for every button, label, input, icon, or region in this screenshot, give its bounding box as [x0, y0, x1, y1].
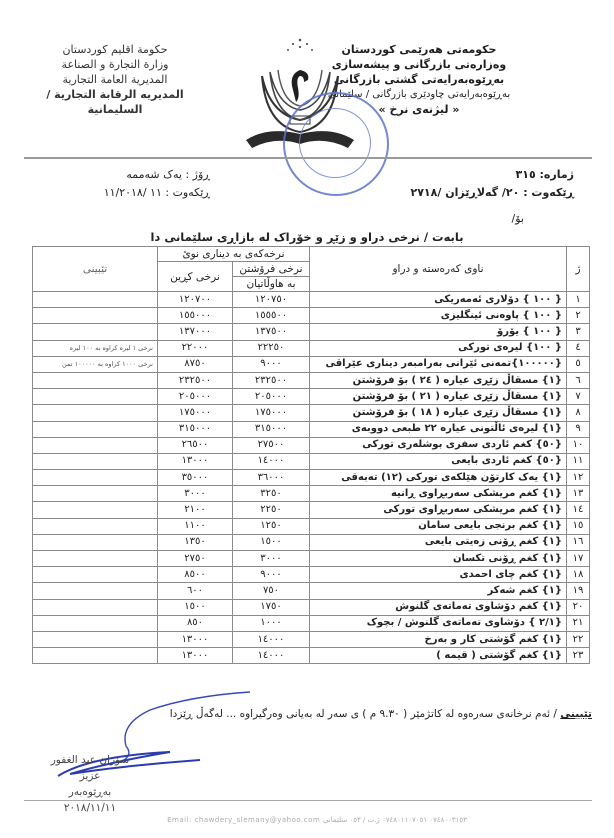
row-note — [33, 534, 158, 550]
footer-contact: Email: chawdery_slemany@yahoo.com ٠٧٤٨٠٠… — [60, 816, 574, 824]
buy-price: ١٧٥٠٠٠ — [158, 405, 233, 421]
reference-number-block: ژمارە: ٣١٥ ڕێکەوت : ٢٠/ گەلاڕێزان /٢٧١٨ — [410, 166, 574, 202]
reference-date-gregorian: ڕێکەوت : ١١ /١١/٢٠١٨ — [60, 184, 210, 202]
buy-price: ١٣٠٠٠ — [158, 648, 233, 664]
row-number: ٩ — [567, 421, 590, 437]
footer-divider — [24, 800, 592, 801]
row-note — [33, 567, 158, 583]
sell-price: ٢٧٥٠٠ — [233, 437, 310, 453]
reference-date-kurdish: ڕێکەوت : ٢٠/ گەلاڕێزان /٢٧١٨ — [410, 184, 574, 202]
row-note — [33, 551, 158, 567]
buy-price: ١٣٥٠ — [158, 534, 233, 550]
footnote-label: تێبینی — [560, 708, 592, 720]
row-number: ٥ — [567, 356, 590, 372]
buy-price: ٢١٠٠ — [158, 502, 233, 518]
buy-price: ٣٥٠٠٠ — [158, 470, 233, 486]
item-name: { ١٠٠ } یۆرۆ — [310, 324, 567, 340]
row-number: ٢ — [567, 308, 590, 324]
table-row: ٦{١} مسقاڵ زێڕی عیارە ( ٢٤ ) بۆ فرۆشتن٢٣… — [33, 372, 590, 388]
sell-price: ٣٢٥٠ — [233, 486, 310, 502]
col-header-sell-sub: بە هاوڵاتیان — [233, 277, 310, 292]
item-name: {٢/١ } دۆشاوی تەماتەی گلنوش / بچوک — [310, 615, 567, 631]
table-row: ١٨{١} کغم چای احمدی٩٠٠٠٨٥٠٠ — [33, 567, 590, 583]
sell-price: ١٧٥٠٠٠ — [233, 405, 310, 421]
item-name: {١٠٠٠٠٠}تمەنی ئێرانی بەرامبەر دیناری عێر… — [310, 356, 567, 372]
buy-price: ٨٥٠ — [158, 615, 233, 631]
col-header-item-name: ناوی کەرەستە و دراو — [310, 247, 567, 292]
row-number: ١٦ — [567, 534, 590, 550]
buy-price: ٦٠٠ — [158, 583, 233, 599]
row-number: ١٠ — [567, 437, 590, 453]
buy-price: ١٣٠٠٠ — [158, 453, 233, 469]
item-name: {١} مسقاڵ زێڕی عیارە ( ٢٤ ) بۆ فرۆشتن — [310, 372, 567, 388]
item-name: { ١٠٠} لیرەی تورکی — [310, 340, 567, 356]
item-name: {١} کغم گۆشتی ( قیمە ) — [310, 648, 567, 664]
table-row: ١٦{١} کغم ڕۆنی زەیتی بایعی١٥٠٠١٣٥٠ — [33, 534, 590, 550]
buy-price: ١٢٠٧٠٠ — [158, 292, 233, 308]
row-number: ٨ — [567, 405, 590, 421]
item-name: {١} کغم ڕۆنی تکسان — [310, 551, 567, 567]
buy-price: ٢٢٠٠٠ — [158, 340, 233, 356]
row-number: ٢٠ — [567, 599, 590, 615]
buy-price: ٢٧٥٠ — [158, 551, 233, 567]
buy-price: ١٣٧٠٠٠ — [158, 324, 233, 340]
row-number: ١٣ — [567, 486, 590, 502]
row-note — [33, 502, 158, 518]
row-number: ١ — [567, 292, 590, 308]
item-name: {١} کغم دۆشاوی تەماتەی گلنوش — [310, 599, 567, 615]
reference-number: ژمارە: ٣١٥ — [410, 166, 574, 184]
sell-price: ١٤٠٠٠ — [233, 453, 310, 469]
row-number: ٤ — [567, 340, 590, 356]
buy-price: ١٥٥٠٠٠ — [158, 308, 233, 324]
row-note — [33, 372, 158, 388]
table-row: ١{ ١٠٠ } دۆلاری ئەمەریکی١٢٠٧٥٠١٢٠٧٠٠ — [33, 292, 590, 308]
sell-price: ٢٣٢٥٠٠ — [233, 372, 310, 388]
buy-price: ٢٣٢٥٠٠ — [158, 372, 233, 388]
row-note — [33, 308, 158, 324]
item-name: {١} مسقاڵ زێڕی عیارە ( ٢١ ) بۆ فرۆشتن — [310, 389, 567, 405]
buy-price: ١١٠٠ — [158, 518, 233, 534]
sell-price: ١٥٠٠ — [233, 534, 310, 550]
header-arabic-line-1: حكومة اقليم كوردستان — [20, 42, 210, 57]
price-table: ژ ناوی کەرەستە و دراو نرخەکەی بە دیناری … — [32, 246, 590, 664]
buy-price: ٣٠٠٠ — [158, 486, 233, 502]
sell-price: ٧٥٠ — [233, 583, 310, 599]
item-name: {١} کغم شەکر — [310, 583, 567, 599]
buy-price: ٨٥٠٠ — [158, 567, 233, 583]
table-row: ١٧{١} کغم ڕۆنی تکسان٣٠٠٠٢٧٥٠ — [33, 551, 590, 567]
col-header-sell: نرخی فرۆشتن — [233, 262, 310, 277]
item-name: {١} مسقاڵ زێڕی عیارە ( ١٨ ) بۆ فرۆشتن — [310, 405, 567, 421]
sell-price: ٢٢٥٠ — [233, 502, 310, 518]
item-name: {١} کغم مریشکی سەربڕاوی تورکی — [310, 502, 567, 518]
sell-price: ١٤٠٠٠ — [233, 631, 310, 647]
row-note — [33, 615, 158, 631]
table-row: ١٠{٥٠} کغم ئاردی سفری بوشلەری تورکی٢٧٥٠٠… — [33, 437, 590, 453]
table-row: ١١{٥٠} کغم ئاردی بایعی١٤٠٠٠١٣٠٠٠ — [33, 453, 590, 469]
row-number: ٦ — [567, 372, 590, 388]
reference-day: ڕۆژ : یەک شەممە — [60, 166, 210, 184]
buy-price: ٢٠٥٠٠٠ — [158, 389, 233, 405]
header-arabic-line-3: المديرية العامة التجارية — [20, 72, 210, 87]
sell-price: ١٢٥٠ — [233, 518, 310, 534]
buy-price: ١٥٠٠ — [158, 599, 233, 615]
buy-price: ١٣٠٠٠ — [158, 631, 233, 647]
sell-price: ١٣٧٥٠٠ — [233, 324, 310, 340]
item-name: {١} لیرەی ئاڵتونی عیارە ٢٢ طبعی دووبەی — [310, 421, 567, 437]
row-note: نرخی ١٠٠٠ کراوە بە ١٠٠٠٠٠ تمن — [33, 356, 158, 372]
signatory-name: سۆزان عبد الغفور عزیز — [40, 752, 140, 784]
row-note — [33, 292, 158, 308]
row-note — [33, 324, 158, 340]
buy-price: ٣١٥٠٠٠ — [158, 421, 233, 437]
row-number: ٣ — [567, 324, 590, 340]
row-note — [33, 437, 158, 453]
item-name: { ١٠٠ } دۆلاری ئەمەریکی — [310, 292, 567, 308]
sell-price: ١٢٠٧٥٠ — [233, 292, 310, 308]
table-row: ٤{ ١٠٠} لیرەی تورکی٢٢٢٥٠٢٢٠٠٠نرخی ١ لیرە… — [33, 340, 590, 356]
table-row: ٣{ ١٠٠ } یۆرۆ١٣٧٥٠٠١٣٧٠٠٠ — [33, 324, 590, 340]
col-header-notes: تێبینی — [33, 247, 158, 292]
buy-price: ٨٧٥٠ — [158, 356, 233, 372]
table-row: ١٩{١} کغم شەکر٧٥٠٦٠٠ — [33, 583, 590, 599]
item-name: {١} کغم مریشکی سەربڕاوی ڕانیە — [310, 486, 567, 502]
item-name: {٥٠} کغم ئاردی بایعی — [310, 453, 567, 469]
sell-price: ٩٠٠٠ — [233, 356, 310, 372]
sell-price: ٣٦٠٠٠ — [233, 470, 310, 486]
table-row: ٧{١} مسقاڵ زێڕی عیارە ( ٢١ ) بۆ فرۆشتن٢٠… — [33, 389, 590, 405]
row-note — [33, 599, 158, 615]
signature-block: سۆزان عبد الغفور عزیز بەڕێوەبەر ٢٠١٨/١١/… — [40, 752, 140, 816]
sell-price: ٣١٥٠٠٠ — [233, 421, 310, 437]
row-number: ١٩ — [567, 583, 590, 599]
row-note — [33, 486, 158, 502]
header-divider — [24, 157, 592, 159]
table-row: ١٣{١} کغم مریشکی سەربڕاوی ڕانیە٣٢٥٠٣٠٠٠ — [33, 486, 590, 502]
table-row: ٨{١} مسقاڵ زێڕی عیارە ( ١٨ ) بۆ فرۆشتن١٧… — [33, 405, 590, 421]
header-arabic-line-4: المديريه الرقابة التجارية / السليمانية — [20, 87, 210, 117]
col-header-price-group: نرخەکەی بە دیناری نوێ — [158, 247, 310, 262]
row-number: ١٤ — [567, 502, 590, 518]
table-row: ٥{١٠٠٠٠٠}تمەنی ئێرانی بەرامبەر دیناری عێ… — [33, 356, 590, 372]
item-name: {١} یەک کارتۆن هێلکەی تورکی (١٢) تەبەقی — [310, 470, 567, 486]
sell-price: ٢٠٥٠٠٠ — [233, 389, 310, 405]
addressee-label: بۆ/ — [512, 212, 524, 225]
row-note — [33, 421, 158, 437]
buy-price: ٢٦٥٠٠ — [158, 437, 233, 453]
signatory-title: بەڕێوەبەر — [40, 784, 140, 800]
sell-price: ٢٢٢٥٠ — [233, 340, 310, 356]
row-number: ٧ — [567, 389, 590, 405]
col-header-number: ژ — [567, 247, 590, 292]
sell-price: ٣٠٠٠ — [233, 551, 310, 567]
table-row: ٢٢{١} کغم گۆشتی کار و بەرخ١٤٠٠٠١٣٠٠٠ — [33, 631, 590, 647]
row-note — [33, 470, 158, 486]
table-row: ٢٠{١} کغم دۆشاوی تەماتەی گلنوش١٧٥٠١٥٠٠ — [33, 599, 590, 615]
row-number: ١٥ — [567, 518, 590, 534]
sell-price: ١٥٥٥٠٠ — [233, 308, 310, 324]
sell-price: ١٠٠٠ — [233, 615, 310, 631]
row-note — [33, 631, 158, 647]
table-row: ٩{١} لیرەی ئاڵتونی عیارە ٢٢ طبعی دووبەی٣… — [33, 421, 590, 437]
row-note — [33, 405, 158, 421]
table-row: ٢{ ١٠٠ } پاوەنی ئینگلیزی١٥٥٥٠٠١٥٥٠٠٠ — [33, 308, 590, 324]
table-row: ١٤{١} کغم مریشکی سەربڕاوی تورکی٢٢٥٠٢١٠٠ — [33, 502, 590, 518]
sell-price: ١٧٥٠ — [233, 599, 310, 615]
table-row: ١٢{١} یەک کارتۆن هێلکەی تورکی (١٢) تەبەق… — [33, 470, 590, 486]
table-row: ٢١{٢/١ } دۆشاوی تەماتەی گلنوش / بچوک١٠٠٠… — [33, 615, 590, 631]
row-note — [33, 453, 158, 469]
item-name: {١} کغم برنجی بایعی سامان — [310, 518, 567, 534]
item-name: {٥٠} کغم ئاردی سفری بوشلەری تورکی — [310, 437, 567, 453]
row-number: ٢١ — [567, 615, 590, 631]
sell-price: ٩٠٠٠ — [233, 567, 310, 583]
row-note — [33, 389, 158, 405]
row-number: ١١ — [567, 453, 590, 469]
row-note — [33, 583, 158, 599]
document-subject: بابەت / نرخی دراو و زێڕ و خۆراک لە بازاڕ… — [0, 230, 614, 244]
item-name: {١} کغم ڕۆنی زەیتی بایعی — [310, 534, 567, 550]
item-name: {١} کغم گۆشتی کار و بەرخ — [310, 631, 567, 647]
row-number: ١٨ — [567, 567, 590, 583]
sell-price: ١٤٠٠٠ — [233, 648, 310, 664]
row-number: ١٧ — [567, 551, 590, 567]
row-number: ١٢ — [567, 470, 590, 486]
col-header-buy: نرخی کڕین — [158, 262, 233, 292]
official-blue-stamp-icon — [283, 92, 389, 196]
row-number: ٢٣ — [567, 648, 590, 664]
header-arabic: حكومة اقليم كوردستان وزارة التجارة و الص… — [20, 42, 210, 117]
row-number: ٢٢ — [567, 631, 590, 647]
item-name: { ١٠٠ } پاوەنی ئینگلیزی — [310, 308, 567, 324]
reference-date-block: ڕۆژ : یەک شەممە ڕێکەوت : ١١ /١١/٢٠١٨ — [60, 166, 210, 202]
row-note: نرخی ١ لیرە کراوە بە ١٠٠ لیرە — [33, 340, 158, 356]
table-row: ١٥{١} کغم برنجی بایعی سامان١٢٥٠١١٠٠ — [33, 518, 590, 534]
row-note — [33, 648, 158, 664]
signature-date: ٢٠١٨/١١/١١ — [40, 800, 140, 816]
row-note — [33, 518, 158, 534]
header-arabic-line-2: وزارة التجارة و الصناعة — [20, 57, 210, 72]
item-name: {١} کغم چای احمدی — [310, 567, 567, 583]
table-row: ٢٣{١} کغم گۆشتی ( قیمە )١٤٠٠٠١٣٠٠٠ — [33, 648, 590, 664]
